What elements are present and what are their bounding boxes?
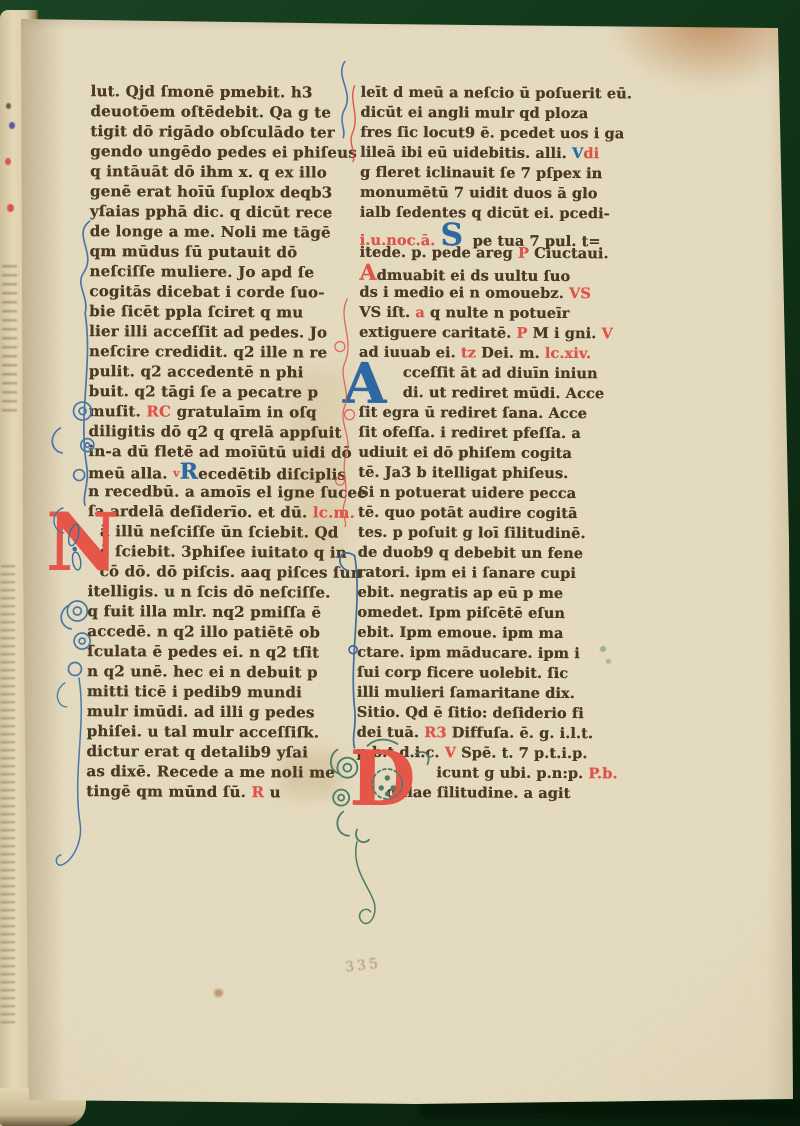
text-segment: de longe a me. Noli me tāgē: [90, 222, 331, 241]
text-segment: accedē. n q2 illo patiētē ob: [87, 622, 320, 641]
text-segment: lileā ibi eū uidebitis. alli.: [360, 144, 572, 162]
text-segment: cceſſit āt ad diuīn iniun: [403, 364, 598, 382]
text-segment: Diffuſa. ē. g. i.l.t.: [452, 724, 593, 742]
manuscript-text-line: q intāuāt dō ihm x. q ex illo: [90, 162, 352, 184]
text-segment: A: [359, 264, 376, 282]
manuscript-text-line: fres ſic locut9 ē. pcedet uos i ga: [360, 124, 654, 146]
text-segment: gendo ungēdo pedes ei phiſeus: [90, 142, 357, 162]
text-segment: V: [572, 145, 583, 162]
text-segment: tē. quo potāt audire cogitā: [358, 504, 578, 522]
manuscript-text-line: ſui corp ficere uolebit. ſic: [357, 664, 651, 686]
text-segment: cō dō. dō piſcis. aaq piſces ſun: [100, 562, 362, 582]
text-segment: Si n potuerat uidere pecca: [358, 484, 576, 502]
manuscript-photo-scene: lut. Qjd ſmonē pmebit. h3deuotōem oſtēde…: [0, 0, 800, 1126]
manuscript-text-line: q fuit illa mlr. nq2 pmiſſa ē: [87, 602, 349, 624]
text-segment: tingē qm mūnd ſū.: [86, 782, 251, 801]
manuscript-text-line: dicūt ei angli mulr qd ploza: [360, 104, 654, 126]
text-segment: ſculata ē pedes ei. n q2 tſit: [87, 642, 319, 661]
text-segment: tes. p poſuit g loī ſilitudinē.: [358, 524, 586, 542]
text-segment: q nulte n potueīr: [430, 304, 570, 322]
text-column-right: leīt d meū a neſcio ū poſuerit eū.dicūt …: [356, 84, 654, 806]
manuscript-text-line: deuotōem oſtēdebit. Qa g te: [90, 102, 352, 124]
manuscript-text-line: ctare. ipm māducare. ipm i: [357, 644, 651, 666]
text-segment: tz: [461, 344, 481, 361]
manuscript-text-line: itede. p. pede areg P Ciuctaui.: [359, 244, 653, 266]
text-segment: deuotōem oſtēdebit. Qa g te: [90, 102, 331, 121]
text-segment: mulr imūdi. ad illi g pedes: [87, 702, 315, 721]
manuscript-text-line: ebit. negratis ap eū p me: [357, 584, 651, 606]
text-segment: meū alla.: [88, 464, 173, 483]
text-segment: leīt d meū a neſcio ū poſuerit eū.: [360, 84, 631, 103]
manuscript-text-line: phiſei. u tal mulr acceſſiſk.: [87, 722, 349, 744]
illuminated-initial-n: N: [45, 502, 119, 582]
text-segment: ebit. negratis ap eū p me: [357, 584, 563, 602]
manuscript-text-line: ds i medio ei n omouebz. VS: [359, 284, 653, 306]
manuscript-text-line: genē erat hoīū ſuplox deqb3: [90, 182, 352, 204]
manuscript-text-line: illi mulieri ſamaritane dix.: [357, 684, 651, 706]
fore-edge-red-initial-fragment: [5, 158, 11, 165]
text-segment: ialb ſedentes q dicūt ei. pcedi-: [360, 204, 610, 223]
text-segment: di. ut rediret mūdi. Acce: [403, 384, 605, 402]
text-segment: udiuit ei dō phiſem cogita: [358, 444, 572, 462]
manuscript-text-line: ſa ardelā deſiderīo. et dū. lc.m.: [88, 502, 350, 524]
fore-edge-blue-initial-fragment: [9, 122, 15, 129]
text-segment: illi mulieri ſamaritane dix.: [357, 684, 575, 702]
text-segment: P.b.: [588, 765, 617, 782]
parchment-page: lut. Qjd ſmonē pmebit. h3deuotōem oſtēde…: [0, 0, 800, 1126]
manuscript-text-line: Si n potuerat uidere pecca: [358, 484, 652, 506]
manuscript-text-line: cō dō. dō piſcis. aaq piſces ſun: [87, 562, 349, 584]
manuscript-text-line: ā illū neſciſſe ūn ſciebit. Qd: [88, 522, 350, 544]
text-segment: ratori. ipm ei i ſanare cupi: [358, 564, 576, 582]
text-segment: q fuit illa mlr. nq2 pmiſſa ē: [87, 602, 321, 621]
text-segment: ē ſciebit. 3phiſee iuitato q in: [100, 542, 347, 562]
text-segment: ctare. ipm māducare. ipm i: [357, 644, 580, 662]
text-segment: S: [440, 224, 467, 242]
text-segment: RC: [146, 402, 176, 420]
manuscript-text-line: mulr imūdi. ad illi g pedes: [87, 702, 349, 724]
text-segment: fres ſic locut9 ē. pcedet uos i ga: [360, 124, 624, 143]
text-segment: ebit. Ipm emoue. ipm ma: [357, 624, 563, 642]
text-segment: VS: [569, 285, 591, 302]
text-segment: tigit dō rigādo obſculādo ter: [90, 122, 335, 141]
text-segment: lc.m.: [313, 503, 355, 521]
text-segment: muſit.: [88, 402, 146, 420]
manuscript-text-line: lier illi acceſſit ad pedes. Jo: [89, 322, 351, 344]
manuscript-text-line: leīt d meū a neſcio ū poſuerit eū.: [360, 84, 654, 106]
text-segment: u: [264, 783, 281, 801]
manuscript-text-line: de longe a me. Noli me tāgē: [90, 222, 352, 244]
manuscript-text-line: omedet. Ipm piſcētē eſun: [357, 604, 651, 626]
manuscript-text-line: cogitās dicebat i corde ſuo-: [89, 282, 351, 304]
manuscript-text-line: VS iſt. a q nulte n potueīr: [359, 304, 653, 326]
text-segment: di: [583, 145, 599, 162]
text-segment: dmuabit ei ds uultu ſuo: [376, 267, 570, 285]
text-segment: lc.xiv.: [545, 345, 591, 362]
manuscript-text-line: tē. quo potāt audire cogitā: [358, 504, 652, 526]
illuminated-initial-d: D: [349, 741, 415, 817]
manuscript-text-line: ratori. ipm ei i ſanare cupi: [357, 564, 651, 586]
manuscript-text-line: as dixē. Recede a me noli me: [86, 762, 348, 784]
text-segment: ā illū neſciſſe ūn ſciebit. Qd: [100, 522, 339, 541]
manuscript-text-line: tē. Ja3 b itelligat phiſeus.: [358, 464, 652, 486]
folio-number-pencil: 335: [344, 956, 381, 976]
manuscript-text-line: diligitis dō q2 q qrelā appſuit: [88, 422, 350, 444]
text-segment: Ciuctaui.: [534, 245, 609, 262]
text-segment: Dei. m.: [481, 344, 545, 361]
manuscript-text-line: tes. p poſuit g loī ſilitudinē.: [358, 524, 652, 546]
manuscript-text-line: udiuit ei dō phiſem cogita: [358, 444, 652, 466]
text-segment: as dixē. Recede a me noli me: [86, 762, 335, 782]
text-segment: a: [415, 304, 430, 321]
manuscript-text-line: yſaias pphā dic. q dicūt rece: [90, 202, 352, 224]
text-segment: omedet. Ipm piſcētē eſun: [357, 604, 565, 622]
text-segment: VS iſt.: [359, 304, 415, 321]
text-segment: q intāuāt dō ihm x. q ex illo: [90, 162, 327, 181]
manuscript-text-line: lut. Qjd ſmonē pmebit. h3: [90, 82, 352, 104]
manuscript-text-line: extiguere caritatē. P M i gni. V: [359, 324, 653, 346]
text-segment: neſciſſe muliere. Jo apd ſe: [89, 262, 314, 281]
manuscript-text-line: in-a dū fletē ad moīūtū uidi dō: [88, 442, 350, 464]
text-segment: lut. Qjd ſmonē pmebit. h3: [90, 82, 312, 101]
text-segment: ſui corp ficere uolebit. ſic: [357, 664, 568, 682]
manuscript-text-line: pulit. q2 accedentē n phi: [89, 362, 351, 384]
text-segment: de duob9 q debebit un fene: [358, 544, 583, 562]
text-segment: dicūt ei angli mulr qd ploza: [360, 104, 588, 122]
text-segment: diligitis dō q2 q qrelā appſuit: [88, 422, 341, 442]
text-segment: M i gni.: [533, 325, 602, 342]
manuscript-text-line: ſit ofeſſa. i rediret pfeſſa. a: [358, 424, 652, 446]
text-segment: n q2 unē. hec ei n debuit p: [87, 662, 318, 681]
text-segment: Sitio. Qd ē ſitio: deſiderio fi: [357, 704, 584, 722]
text-segment: in-a dū fletē ad moīūtū uidi dō: [88, 442, 352, 462]
text-segment: V: [601, 325, 612, 342]
manuscript-text-line: tingē qm mūnd ſū. R u: [86, 782, 348, 804]
text-segment: itelligis. u n ſcis dō neſciſſe.: [87, 582, 330, 601]
manuscript-text-line: ialb ſedentes q dicūt ei. pcedi-: [360, 204, 654, 226]
page-content: lut. Qjd ſmonē pmebit. h3deuotōem oſtēde…: [0, 0, 800, 1126]
text-segment: monumētū 7 uidit duos ā glo: [360, 184, 598, 202]
text-segment: genē erat hoīū ſuplox deqb3: [90, 182, 332, 201]
text-segment: phiſei. u tal mulr acceſſiſk.: [87, 722, 320, 741]
manuscript-text-line: n recedbū. a amoīs el igne ſucee: [88, 482, 350, 504]
text-segment: cogitās dicebat i corde ſuo-: [89, 282, 324, 301]
manuscript-text-line: buit. q2 tāgi ſe a pecatre p: [89, 382, 351, 404]
manuscript-text-line: qm mūdus ſū putauit dō: [89, 242, 351, 264]
text-segment: extiguere caritatē.: [359, 324, 516, 342]
manuscript-text-line: tigit dō rigādo obſculādo ter: [90, 122, 352, 144]
manuscript-text-line: g fleret iclinauit ſe 7 pſpex in: [360, 164, 654, 186]
manuscript-text-line: ē ſciebit. 3phiſee iuitato q in: [88, 542, 350, 564]
manuscript-text-line: monumētū 7 uidit duos ā glo: [360, 184, 654, 206]
text-segment: mitti ticē i pedib9 mundi: [87, 682, 302, 701]
text-segment: qm mūdus ſū putauit dō: [89, 242, 297, 261]
text-segment: neſcire credidit. q2 ille n re: [89, 342, 327, 361]
manuscript-text-line: meū alla. vRecedētib diſciplis: [88, 462, 350, 484]
manuscript-text-line: i.u.noc.ā. S pe tua 7 pul. t=: [360, 224, 654, 246]
manuscript-text-line: dictur erat q detalib9 yſai: [86, 742, 348, 764]
text-segment: ſit ofeſſa. i rediret pfeſſa. a: [358, 424, 580, 442]
text-segment: gratulaīm in oſq: [176, 403, 316, 422]
text-segment: ecedētib diſciplis: [198, 465, 346, 484]
manuscript-text-line: di. ut rediret mūdi. Acce: [359, 384, 653, 406]
text-segment: n recedbū. a amoīs el igne ſucee: [88, 482, 367, 502]
manuscript-text-line: cceſſit āt ad diuīn iniun: [359, 364, 653, 386]
manuscript-text-line: ebit. Ipm emoue. ipm ma: [357, 624, 651, 646]
text-segment: ds i medio ei n omouebz.: [359, 284, 569, 302]
manuscript-text-line: n q2 unē. hec ei n debuit p: [87, 662, 349, 684]
manuscript-text-line: ad iuuab ei. tz Dei. m. lc.xiv.: [359, 344, 653, 366]
manuscript-text-line: muſit. RC gratulaīm in oſq: [88, 402, 350, 424]
text-segment: g fleret iclinauit ſe 7 pſpex in: [360, 164, 602, 182]
text-segment: R: [251, 783, 264, 801]
fore-edge-text-fragments: [1, 565, 15, 1025]
manuscript-text-line: itelligis. u n ſcis dō neſciſſe.: [87, 582, 349, 604]
fore-edge-red-initial-fragment: [7, 204, 14, 212]
text-segment: lier illi acceſſit ad pedes. Jo: [89, 322, 327, 341]
text-segment: Spē. t. 7 p.t.i.p.: [461, 744, 587, 762]
manuscript-text-line: neſcire credidit. q2 ille n re: [89, 342, 351, 364]
manuscript-text-line: mitti ticē i pedib9 mundi: [87, 682, 349, 704]
manuscript-text-line: de duob9 q debebit un fene: [358, 544, 652, 566]
manuscript-text-line: neſciſſe muliere. Jo apd ſe: [89, 262, 351, 284]
text-segment: buit. q2 tāgi ſe a pecatre p: [89, 382, 319, 401]
text-segment: R3: [424, 724, 452, 741]
manuscript-text-line: lileā ibi eū uidebitis. alli. Vdi: [360, 144, 654, 166]
text-segment: pulit. q2 accedentē n phi: [89, 362, 304, 381]
text-segment: P: [518, 245, 534, 262]
text-segment: ſit egra ū rediret ſana. Acce: [358, 404, 586, 422]
fore-edge-ink-fragment: [6, 103, 11, 109]
text-segment: icunt g ubi. p.n:p.: [436, 764, 588, 782]
text-segment: dictur erat q detalib9 yſai: [86, 742, 308, 761]
text-segment: itede. p. pede areg: [359, 244, 517, 262]
manuscript-text-line: gendo ungēdo pedes ei phiſeus: [90, 142, 352, 164]
text-segment: P: [516, 325, 532, 342]
text-segment: ſa ardelā deſiderīo. et dū.: [88, 502, 313, 521]
manuscript-text-line: ſit egra ū rediret ſana. Acce: [358, 404, 652, 426]
text-segment: R: [180, 463, 199, 481]
manuscript-text-line: bie ſicēt ppla ſciret q mu: [89, 302, 351, 324]
text-segment: yſaias pphā dic. q dicūt rece: [90, 202, 333, 221]
text-segment: bie ſicēt ppla ſciret q mu: [89, 302, 303, 321]
text-column-left: lut. Qjd ſmonē pmebit. h3deuotōem oſtēde…: [86, 82, 352, 804]
text-segment: V: [444, 744, 461, 761]
manuscript-text-line: ſculata ē pedes ei. n q2 tſit: [87, 642, 349, 664]
illuminated-initial-a: A: [343, 356, 387, 412]
manuscript-text-line: Admuabit ei ds uultu ſuo: [359, 264, 653, 286]
text-segment: tē. Ja3 b itelligat phiſeus.: [358, 464, 568, 482]
fore-edge-text-fragments: [2, 265, 17, 415]
manuscript-text-line: Sitio. Qd ē ſitio: deſiderio fi: [357, 704, 651, 726]
manuscript-text-line: accedē. n q2 illo patiētē ob: [87, 622, 349, 644]
